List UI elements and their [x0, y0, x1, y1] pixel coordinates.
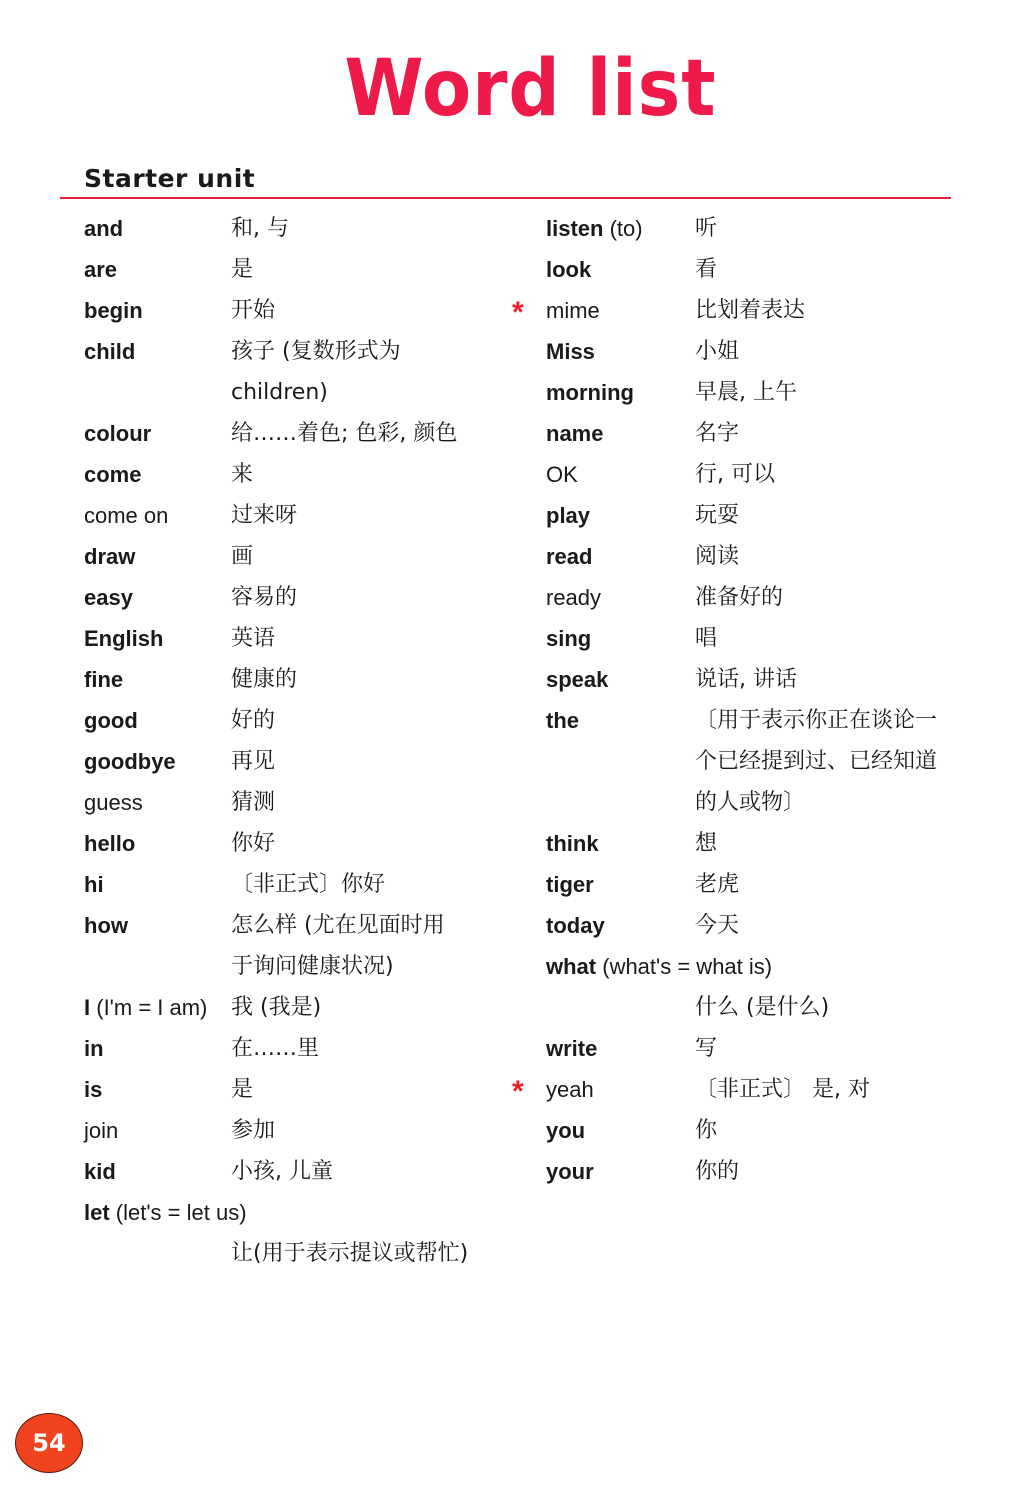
chinese-meaning: 让(用于表示提议或帮忙)	[231, 1233, 468, 1274]
english-word: join	[84, 1110, 118, 1151]
english-word: read	[546, 536, 592, 577]
english-word: let (let's = let us)	[84, 1192, 247, 1233]
english-word: ready	[546, 577, 601, 618]
word-entry: goodbye再见	[84, 741, 514, 782]
chinese-meaning: 健康的	[231, 659, 297, 700]
english-word: sing	[546, 618, 591, 659]
chinese-meaning: 听	[695, 208, 717, 249]
chinese-meaning: 唱	[695, 618, 717, 659]
word-entry: tiger老虎	[546, 864, 966, 905]
word-entry: play玩耍	[546, 495, 966, 536]
word-entry: read阅读	[546, 536, 966, 577]
english-word: and	[84, 208, 123, 249]
word-entry: write写	[546, 1028, 966, 1069]
chinese-meaning: 〔用于表示你正在谈论一	[695, 700, 937, 741]
english-word: today	[546, 905, 605, 946]
word-entry: good好的	[84, 700, 514, 741]
word-entry: you你	[546, 1110, 966, 1151]
word-entry: listen (to)听	[546, 208, 966, 249]
word-entry: let (let's = let us)	[84, 1192, 514, 1233]
chinese-meaning: 是	[231, 1069, 253, 1110]
word-entry: what (what's = what is)	[546, 946, 966, 987]
chinese-meaning: 猜测	[231, 782, 275, 823]
chinese-meaning: 的人或物〕	[695, 782, 805, 823]
english-word: think	[546, 823, 599, 864]
chinese-meaning: 玩耍	[695, 495, 739, 536]
english-word: child	[84, 331, 135, 372]
word-entry: Miss小姐	[546, 331, 966, 372]
chinese-meaning: 于询问健康状况)	[231, 946, 394, 987]
chinese-meaning: 名字	[695, 413, 739, 454]
english-word: in	[84, 1028, 104, 1069]
chinese-meaning: 想	[695, 823, 717, 864]
word-entry: think想	[546, 823, 966, 864]
word-entry: *mime比划着表达	[546, 290, 966, 331]
word-entry: *yeah〔非正式〕 是, 对	[546, 1069, 966, 1110]
chinese-meaning: 再见	[231, 741, 275, 782]
english-word: you	[546, 1110, 585, 1151]
english-word: the	[546, 700, 579, 741]
chinese-meaning: 给……着色; 色彩, 颜色	[231, 413, 457, 454]
word-entry: kid小孩, 儿童	[84, 1151, 514, 1192]
english-word: colour	[84, 413, 151, 454]
chinese-meaning: 看	[695, 249, 717, 290]
word-entry: and和, 与	[84, 208, 514, 249]
page-title: Word list	[41, 44, 983, 134]
english-word: yeah	[546, 1069, 594, 1110]
english-word: mime	[546, 290, 600, 331]
chinese-meaning: 参加	[231, 1110, 275, 1151]
word-entry: begin开始	[84, 290, 514, 331]
word-entry: guess猜测	[84, 782, 514, 823]
chinese-meaning: 过来呀	[231, 495, 297, 536]
word-entry: name名字	[546, 413, 966, 454]
word-entry: come来	[84, 454, 514, 495]
english-word: OK	[546, 454, 578, 495]
english-word: come	[84, 454, 141, 495]
english-word: English	[84, 618, 163, 659]
english-word: name	[546, 413, 603, 454]
english-word: good	[84, 700, 138, 741]
english-word: look	[546, 249, 591, 290]
chinese-meaning: 小孩, 儿童	[231, 1151, 333, 1192]
word-entry: draw画	[84, 536, 514, 577]
english-word: your	[546, 1151, 594, 1192]
chinese-meaning: 说话, 讲话	[695, 659, 797, 700]
english-word: listen (to)	[546, 208, 643, 249]
section-divider	[60, 197, 951, 199]
chinese-meaning: 小姐	[695, 331, 739, 372]
word-entry: 让(用于表示提议或帮忙)	[84, 1233, 514, 1274]
word-entry: fine健康的	[84, 659, 514, 700]
chinese-meaning: 准备好的	[695, 577, 783, 618]
chinese-meaning: 个已经提到过、已经知道	[695, 741, 937, 782]
word-entry: join参加	[84, 1110, 514, 1151]
word-entry: children)	[84, 372, 514, 413]
chinese-meaning: 你的	[695, 1151, 739, 1192]
english-word: morning	[546, 372, 634, 413]
chinese-meaning: 是	[231, 249, 253, 290]
english-word: are	[84, 249, 117, 290]
chinese-meaning: 〔非正式〕你好	[231, 864, 385, 905]
chinese-meaning: 比划着表达	[695, 290, 805, 331]
english-word: I (I'm = I am)	[84, 987, 207, 1028]
english-word: what (what's = what is)	[546, 946, 772, 987]
asterisk-icon: *	[512, 292, 524, 333]
word-entry: today今天	[546, 905, 966, 946]
chinese-meaning: 什么 (是什么)	[695, 987, 829, 1028]
word-entry: hi〔非正式〕你好	[84, 864, 514, 905]
chinese-meaning: 开始	[231, 290, 275, 331]
english-word: how	[84, 905, 128, 946]
word-entry: child孩子 (复数形式为	[84, 331, 514, 372]
asterisk-icon: *	[512, 1071, 524, 1112]
chinese-meaning: 行, 可以	[695, 454, 775, 495]
chinese-meaning: 容易的	[231, 577, 297, 618]
chinese-meaning: 今天	[695, 905, 739, 946]
word-entry: morning早晨, 上午	[546, 372, 966, 413]
section-heading: Starter unit	[84, 164, 255, 193]
chinese-meaning: 怎么样 (尤在见面时用	[231, 905, 445, 946]
word-list-right-column: listen (to)听look看*mime比划着表达Miss小姐morning…	[546, 208, 966, 1192]
word-entry: the〔用于表示你正在谈论一	[546, 700, 966, 741]
word-entry: 于询问健康状况)	[84, 946, 514, 987]
word-entry: speak说话, 讲话	[546, 659, 966, 700]
english-word: Miss	[546, 331, 595, 372]
chinese-meaning: 写	[695, 1028, 717, 1069]
word-entry: ready准备好的	[546, 577, 966, 618]
chinese-meaning: 来	[231, 454, 253, 495]
word-entry: colour给……着色; 色彩, 颜色	[84, 413, 514, 454]
word-entry: your你的	[546, 1151, 966, 1192]
english-word: begin	[84, 290, 143, 331]
chinese-meaning: 你好	[231, 823, 275, 864]
word-entry: hello你好	[84, 823, 514, 864]
english-word: guess	[84, 782, 143, 823]
word-entry: OK行, 可以	[546, 454, 966, 495]
word-list-left-column: and和, 与are是begin开始child孩子 (复数形式为children…	[84, 208, 514, 1274]
word-entry: come on过来呀	[84, 495, 514, 536]
word-entry: is是	[84, 1069, 514, 1110]
word-entry: how怎么样 (尤在见面时用	[84, 905, 514, 946]
english-word: is	[84, 1069, 102, 1110]
chinese-meaning: children)	[231, 372, 328, 413]
word-entry: easy容易的	[84, 577, 514, 618]
english-word: hello	[84, 823, 135, 864]
word-entry: look看	[546, 249, 966, 290]
word-entry: are是	[84, 249, 514, 290]
english-word: play	[546, 495, 590, 536]
word-entry: I (I'm = I am)我 (我是)	[84, 987, 514, 1028]
chinese-meaning: 画	[231, 536, 253, 577]
chinese-meaning: 孩子 (复数形式为	[231, 331, 401, 372]
chinese-meaning: 好的	[231, 700, 275, 741]
word-entry: 个已经提到过、已经知道	[546, 741, 966, 782]
english-word: easy	[84, 577, 133, 618]
chinese-meaning: 和, 与	[231, 208, 289, 249]
english-word: write	[546, 1028, 597, 1069]
word-entry: in在……里	[84, 1028, 514, 1069]
english-word: fine	[84, 659, 123, 700]
chinese-meaning: 在……里	[231, 1028, 319, 1069]
chinese-meaning: 老虎	[695, 864, 739, 905]
english-word: come on	[84, 495, 168, 536]
chinese-meaning: 你	[695, 1110, 717, 1151]
word-entry: sing唱	[546, 618, 966, 659]
english-word: speak	[546, 659, 608, 700]
chinese-meaning: 〔非正式〕 是, 对	[695, 1069, 870, 1110]
english-word: hi	[84, 864, 104, 905]
english-word: tiger	[546, 864, 594, 905]
chinese-meaning: 早晨, 上午	[695, 372, 797, 413]
chinese-meaning: 英语	[231, 618, 275, 659]
word-entry: 的人或物〕	[546, 782, 966, 823]
chinese-meaning: 我 (我是)	[231, 987, 321, 1028]
word-entry: 什么 (是什么)	[546, 987, 966, 1028]
english-word: draw	[84, 536, 135, 577]
word-entry: English英语	[84, 618, 514, 659]
english-word: kid	[84, 1151, 116, 1192]
chinese-meaning: 阅读	[695, 536, 739, 577]
page-number-badge: 54	[15, 1413, 83, 1473]
english-word: goodbye	[84, 741, 176, 782]
